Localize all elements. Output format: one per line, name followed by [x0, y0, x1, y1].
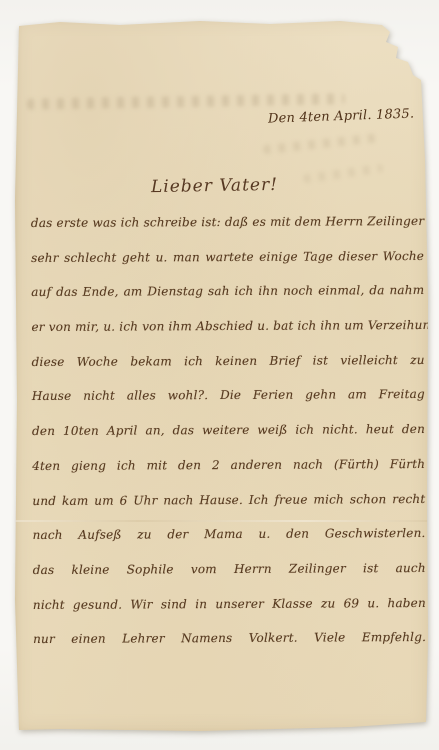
ink-bleedthrough-mark	[263, 133, 383, 154]
letter-line: nicht gesund. Wir sind in unserer Klasse…	[33, 586, 426, 623]
letter-line: diese Woche bekam ich keinen Brief ist v…	[32, 343, 425, 380]
letter-line: und kam um 6 Uhr nach Hause. Ich freue m…	[32, 481, 425, 518]
letter-line: Hause nicht alles wohl?. Die Ferien gehn…	[32, 377, 425, 414]
letter-scan: Den 4ten April. 1835. Lieber Vater! das …	[0, 0, 439, 750]
letter-line: nach Aufseß zu der Mama u. den Geschwist…	[32, 516, 425, 553]
letter-body: das erste was ich schreibe ist: daß es m…	[31, 204, 426, 657]
ink-bleedthrough-mark	[303, 163, 383, 183]
dateline: Den 4ten April. 1835.	[268, 106, 418, 126]
salutation: Lieber Vater!	[151, 175, 278, 197]
paper-sheet: Den 4ten April. 1835. Lieber Vater! das …	[13, 17, 430, 733]
ink-bleedthrough-mark	[27, 93, 345, 110]
letter-line: sehr schlecht geht u. man wartete einige…	[31, 239, 424, 276]
letter-line: das erste was ich schreibe ist: daß es m…	[31, 204, 424, 241]
letter-line: nur einen Lehrer Namens Volkert. Viele E…	[33, 620, 426, 657]
letter-line: auf das Ende, am Dienstag sah ich ihn no…	[31, 273, 424, 310]
paper-shadow: Den 4ten April. 1835. Lieber Vater! das …	[0, 0, 439, 750]
letter-line: er von mir, u. ich von ihm Abschied u. b…	[31, 308, 424, 345]
letter-line: 4ten gieng ich mit den 2 anderen nach (F…	[32, 447, 425, 484]
letter-line: den 10ten April an, das weitere weiß ich…	[32, 412, 425, 449]
letter-line: das kleine Sophile vom Herrn Zeilinger i…	[33, 551, 426, 588]
